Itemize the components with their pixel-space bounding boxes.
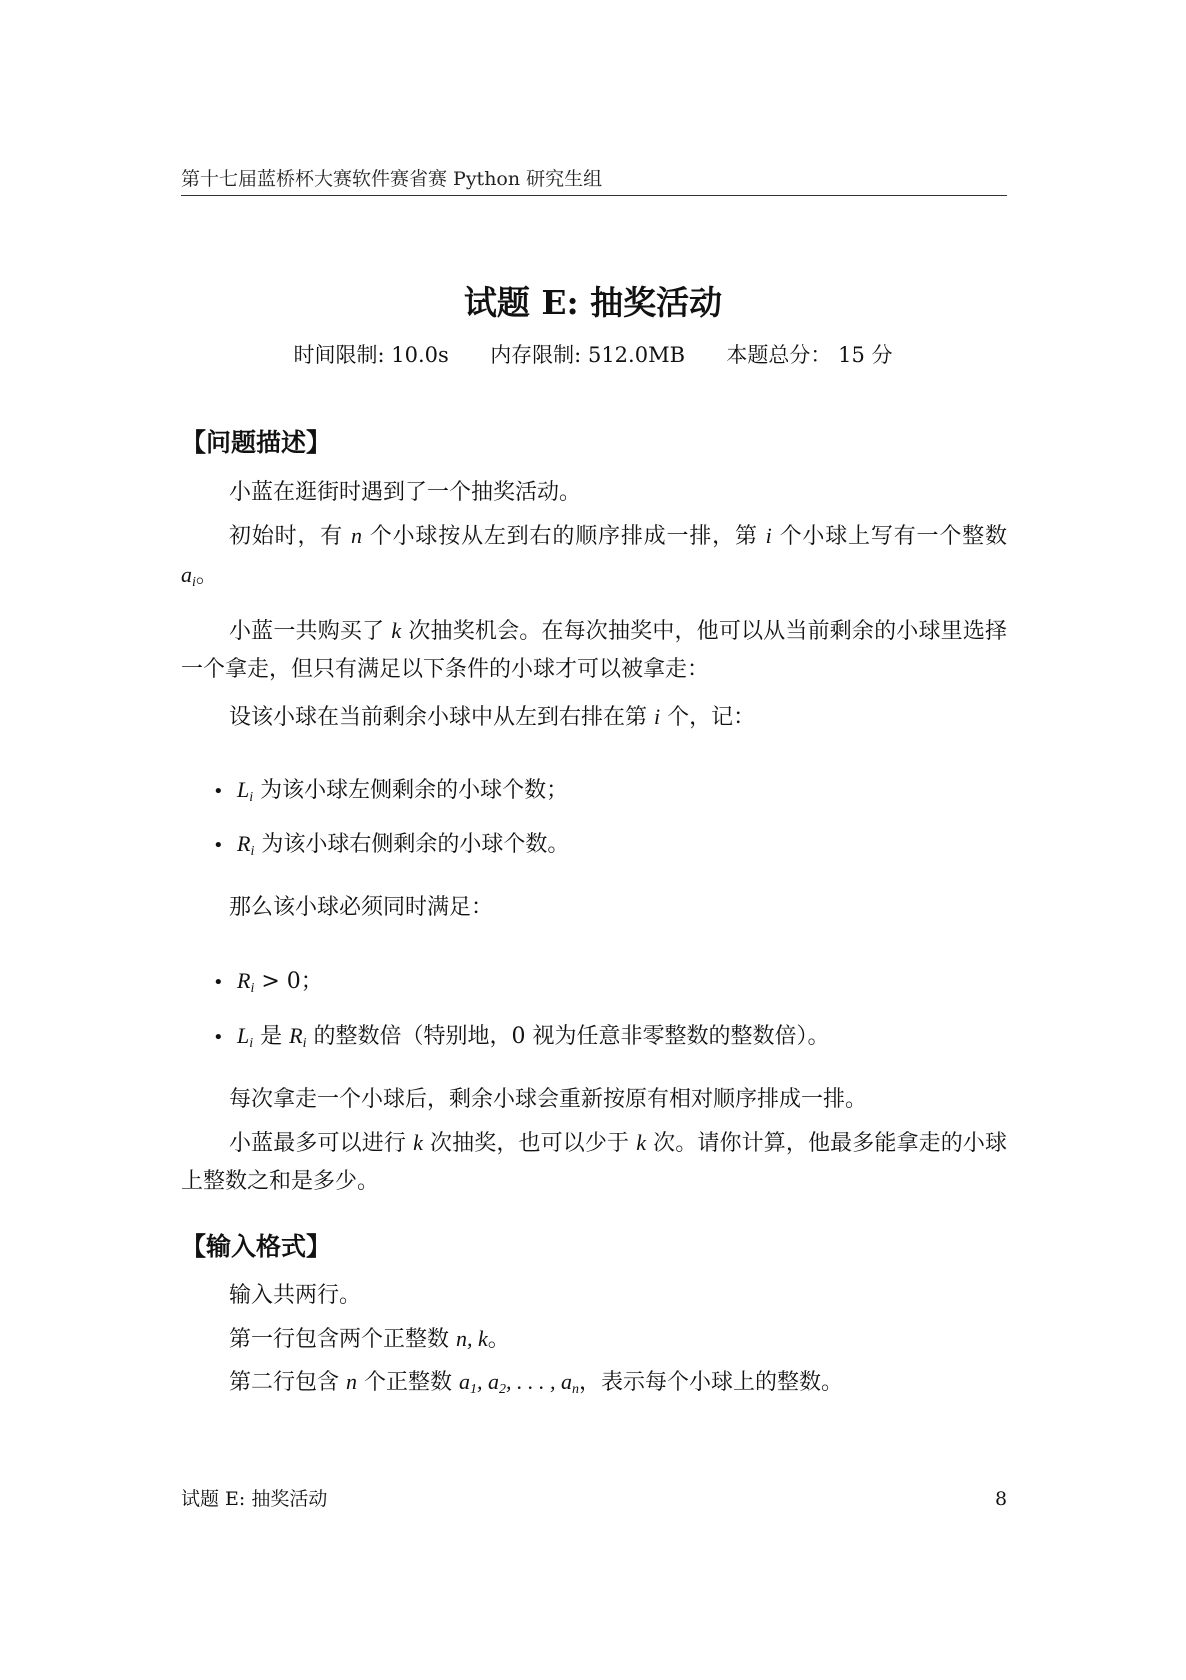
section-heading-description: 【问题描述】 [181, 427, 331, 459]
input-format-line-3: 第二行包含 n 个正整数 a1, a2, . . . , an，表示每个小球上的… [181, 1363, 1007, 1402]
memory-limit-value: 512.0MB [588, 341, 685, 369]
description-paragraph-6: 每次拿走一个小球后，剩余小球会重新按原有相对顺序排成一排。 [181, 1081, 1007, 1119]
header-rule [181, 195, 1007, 196]
definition-item-right-count: •Ri 为该小球右侧剩余的小球个数。 [213, 829, 569, 861]
description-paragraph-1: 小蓝在逛街时遇到了一个抽奖活动。 [181, 474, 1007, 512]
input-format-line-1: 输入共两行。 [181, 1277, 1007, 1315]
condition-item-right-positive: •Ri > 0； [213, 966, 323, 998]
description-paragraph-2: 初始时，有 n 个小球按从左到右的顺序排成一排，第 i 个小球上写有一个整数 a… [181, 517, 1007, 595]
problem-limits: 时间限制: 10.0s 内存限制: 512.0MB 本题总分： 15 分 [0, 341, 1186, 369]
bullet-icon: • [213, 1023, 237, 1053]
bullet-icon: • [213, 831, 237, 861]
running-header: 第十七届蓝桥杯大赛软件赛省赛 Python 研究生组 [181, 167, 602, 191]
section-heading-input-format: 【输入格式】 [181, 1231, 331, 1263]
description-paragraph-4: 设该小球在当前剩余小球中从左到右排在第 i 个，记： [181, 698, 1007, 737]
page-number: 8 [995, 1487, 1007, 1511]
memory-limit-label: 内存限制: [490, 341, 581, 369]
time-limit-value: 10.0s [391, 341, 449, 369]
description-paragraph-3: 小蓝一共购买了 k 次抽奖机会。在每次抽奖中，他可以从当前剩余的小球里选择一个拿… [181, 612, 1007, 689]
input-format-line-2: 第一行包含两个正整数 n, k。 [181, 1320, 1007, 1359]
bullet-icon: • [213, 968, 237, 998]
description-paragraph-5: 那么该小球必须同时满足： [181, 889, 1007, 927]
time-limit-label: 时间限制: [294, 341, 385, 369]
score-value: 15 分 [838, 341, 892, 369]
problem-title: 试题 E: 抽奖活动 [0, 283, 1186, 323]
description-paragraph-7: 小蓝最多可以进行 k 次抽奖，也可以少于 k 次。请你计算，他最多能拿走的小球上… [181, 1124, 1007, 1201]
document-page: 第十七届蓝桥杯大赛软件赛省赛 Python 研究生组 试题 E: 抽奖活动 时间… [0, 0, 1186, 1680]
condition-item-multiple: •Li 是 Ri 的整数倍（特别地，0 视为任意非零整数的整数倍）。 [213, 1021, 829, 1053]
bullet-icon: • [213, 777, 237, 807]
definition-item-left-count: •Li 为该小球左侧剩余的小球个数； [213, 775, 568, 807]
score-label: 本题总分： [726, 341, 831, 369]
footer-title: 试题 E: 抽奖活动 [181, 1487, 327, 1511]
